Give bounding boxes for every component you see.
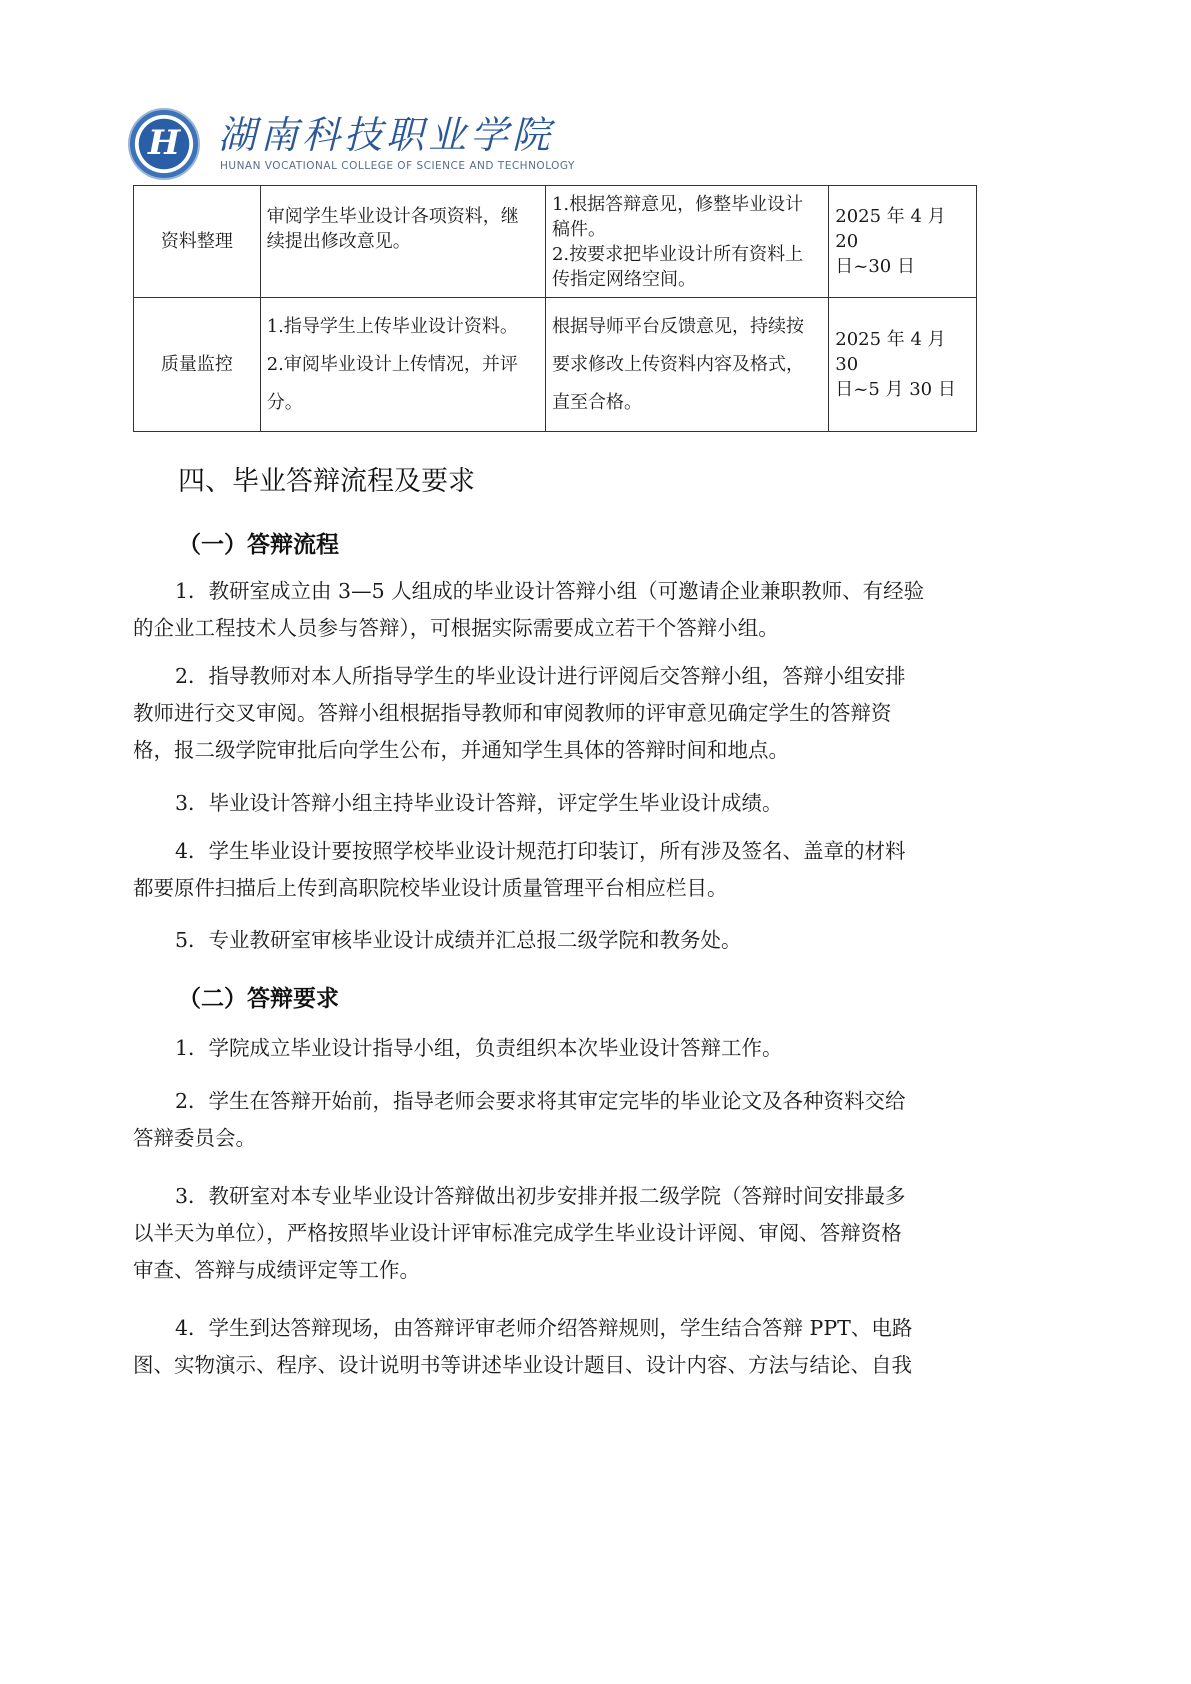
college-logo-icon: H xyxy=(128,108,200,180)
college-name-cn: 湖南科技职业学院 xyxy=(218,104,554,159)
paragraph: 2．指导教师对本人所指导学生的毕业设计进行评阅后交答辩小组，答辩小组安排 教师进… xyxy=(133,658,977,769)
subsection-title: （二）答辩要求 xyxy=(178,980,339,1013)
stage-cell: 资料整理 xyxy=(134,186,261,298)
section-title: 四、毕业答辩流程及要求 xyxy=(178,459,475,498)
time-cell: 2025 年 4 月 30 日~5 月 30 日 xyxy=(829,298,977,432)
paragraph: 1．学院成立毕业设计指导小组，负责组织本次毕业设计答辩工作。 xyxy=(133,1030,977,1067)
paragraph: 2．学生在答辩开始前，指导老师会要求将其审定完毕的毕业论文及各种资料交给 答辩委… xyxy=(133,1083,977,1157)
paragraph: 5．专业教研室审核毕业设计成绩并汇总报二级学院和教务处。 xyxy=(133,922,977,959)
teacher-task-cell: 审阅学生毕业设计各项资料，继 续提出修改意见。 xyxy=(260,186,545,298)
teacher-task-cell: 1.指导学生上传毕业设计资料。 2.审阅毕业设计上传情况，并评 分。 xyxy=(260,298,545,432)
paragraph: 4．学生到达答辩现场，由答辩评审老师介绍答辩规则，学生结合答辩 PPT、电路 图… xyxy=(133,1310,977,1384)
college-name-en: HUNAN VOCATIONAL COLLEGE OF SCIENCE AND … xyxy=(220,160,575,172)
paragraph: 4．学生毕业设计要按照学校毕业设计规范打印装订，所有涉及签名、盖章的材料 都要原… xyxy=(133,833,977,907)
stage-cell: 质量监控 xyxy=(134,298,261,432)
table-row: 质量监控 1.指导学生上传毕业设计资料。 2.审阅毕业设计上传情况，并评 分。 … xyxy=(134,298,977,432)
college-header: H 湖南科技职业学院 HUNAN VOCATIONAL COLLEGE OF S… xyxy=(128,104,588,184)
time-cell: 2025 年 4 月 20 日~30 日 xyxy=(829,186,977,298)
student-task-cell: 1.根据答辩意见，修整毕业设计 稿件。 2.按要求把毕业设计所有资料上 传指定网… xyxy=(545,186,828,298)
paragraph: 3．教研室对本专业毕业设计答辩做出初步安排并报二级学院（答辩时间安排最多 以半天… xyxy=(133,1178,977,1289)
schedule-table: 资料整理 审阅学生毕业设计各项资料，继 续提出修改意见。 1.根据答辩意见，修整… xyxy=(133,185,977,432)
paragraph: 1．教研室成立由 3—5 人组成的毕业设计答辩小组（可邀请企业兼职教师、有经验 … xyxy=(133,573,977,647)
student-task-cell: 根据导师平台反馈意见，持续按 要求修改上传资料内容及格式， 直至合格。 xyxy=(545,298,828,432)
paragraph: 3．毕业设计答辩小组主持毕业设计答辩，评定学生毕业设计成绩。 xyxy=(133,785,977,822)
table-row: 资料整理 审阅学生毕业设计各项资料，继 续提出修改意见。 1.根据答辩意见，修整… xyxy=(134,186,977,298)
subsection-title: （一）答辩流程 xyxy=(178,526,339,559)
